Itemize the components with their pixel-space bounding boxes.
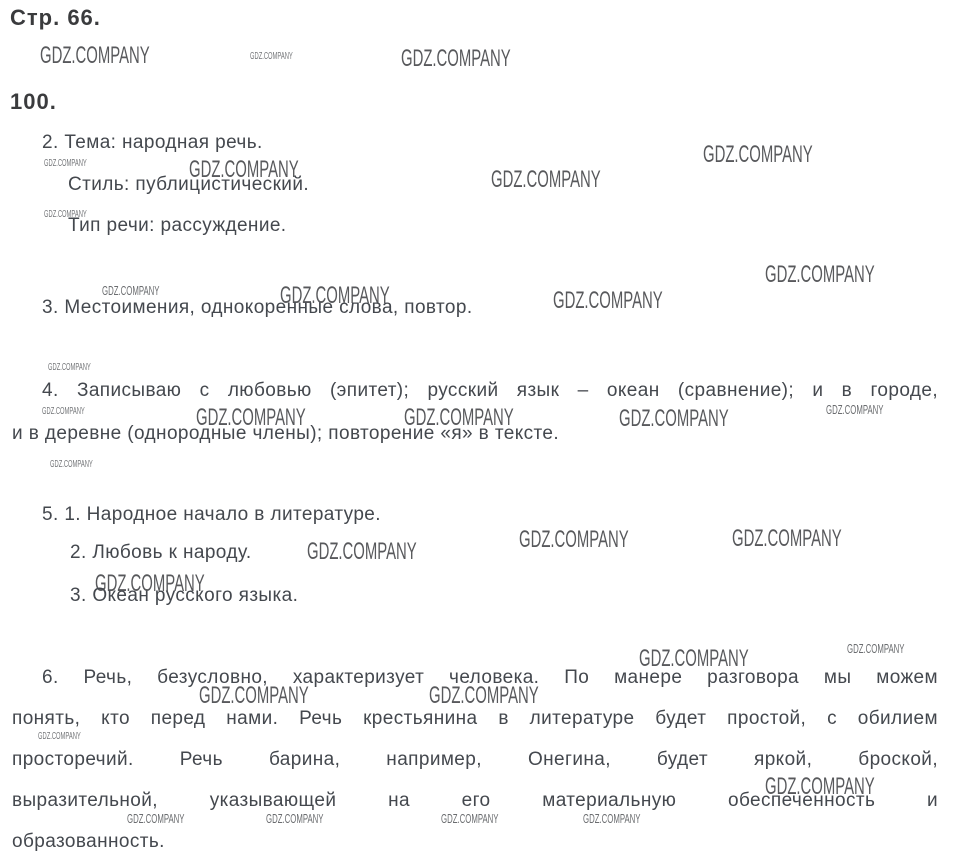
watermark: GDZ.COMPANY xyxy=(266,811,323,826)
answer-line: выразительной, указывающей на его матери… xyxy=(12,789,938,812)
watermark: GDZ.COMPANY xyxy=(441,811,498,826)
page-heading: Стр. 66. xyxy=(10,5,101,31)
answer-line: просторечий. Речь барина, например, Онег… xyxy=(12,748,938,771)
watermark: GDZ.COMPANY xyxy=(50,459,93,470)
answer-line: 3. Местоимения, однокоренные слова, повт… xyxy=(42,296,473,319)
answer-line: 2. Любовь к народу. xyxy=(70,541,252,564)
answer-line: 5. 1. Народное начало в литературе. xyxy=(42,503,381,526)
watermark: GDZ.COMPANY xyxy=(38,731,81,742)
watermark: GDZ.COMPANY xyxy=(519,526,629,554)
watermark: GDZ.COMPANY xyxy=(703,141,813,169)
watermark: GDZ.COMPANY xyxy=(44,158,87,169)
watermark: GDZ.COMPANY xyxy=(48,362,91,373)
watermark: GDZ.COMPANY xyxy=(40,42,150,70)
answer-line: 4. Записываю с любовью (эпитет); русский… xyxy=(42,379,938,402)
answer-line: понять, кто перед нами. Речь крестьянина… xyxy=(12,707,938,730)
watermark: GDZ.COMPANY xyxy=(127,811,184,826)
answer-line: Стиль: публицистический. xyxy=(68,173,309,196)
watermark: GDZ.COMPANY xyxy=(732,525,842,553)
watermark: GDZ.COMPANY xyxy=(847,641,904,656)
watermark: GDZ.COMPANY xyxy=(765,261,875,289)
watermark: GDZ.COMPANY xyxy=(619,405,729,433)
watermark: GDZ.COMPANY xyxy=(826,402,883,417)
answer-line: 2. Тема: народная речь. xyxy=(42,131,263,154)
answer-line: образованность. xyxy=(12,830,165,853)
answer-line: 6. Речь, безусловно, характеризует челов… xyxy=(42,666,938,689)
exercise-number: 100. xyxy=(10,89,57,115)
answer-line: и в деревне (однородные члены); повторен… xyxy=(12,422,559,445)
watermark: GDZ.COMPANY xyxy=(583,811,640,826)
watermark: GDZ.COMPANY xyxy=(401,45,511,73)
document-page: Стр. 66. 100. GDZ.COMPANYGDZ.COMPANYGDZ.… xyxy=(0,0,953,866)
watermark: GDZ.COMPANY xyxy=(42,406,85,417)
answer-line: Тип речи: рассуждение. xyxy=(68,214,287,237)
watermark: GDZ.COMPANY xyxy=(307,538,417,566)
watermark: GDZ.COMPANY xyxy=(491,166,601,194)
watermark: GDZ.COMPANY xyxy=(250,51,293,62)
answer-line: 3. Океан русского языка. xyxy=(70,584,298,607)
watermark: GDZ.COMPANY xyxy=(553,287,663,315)
